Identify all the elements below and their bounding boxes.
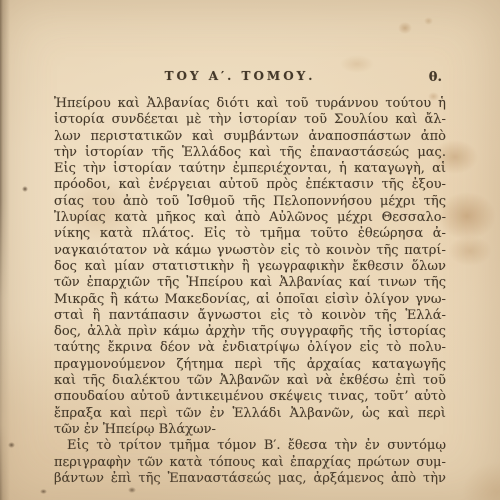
word: ἡ [438,96,446,112]
word: νὰ [153,243,170,259]
word: δος, [54,324,81,340]
word: συντόμῳ [387,438,446,454]
word: παντάπασιν [109,308,189,324]
word: Ἀλβανῶν, [290,406,354,422]
word: ἐπὶ [111,471,132,487]
page-header: ΤΟΥ Α′. ΤΟΜΟΥ. θ. [0,69,500,87]
word: Σουλίου [334,112,388,128]
page-number: θ. [429,70,442,85]
word: Ἠπείρου [186,275,243,291]
word: καὶ [85,259,107,275]
word: καὶ [257,96,279,112]
word: ὁποῖαι [276,292,319,308]
word: ἀπὸ [421,129,446,145]
word: ἱστορίας [388,324,446,340]
word: ἐν [365,438,380,454]
book-page-scan: ΤΟΥ Α′. ΤΟΜΟΥ. θ. ἨπείρουκαὶἈλβανίαςδιότ… [0,0,500,500]
word: τῶν [176,406,202,422]
word: τὸ [96,438,111,454]
word: ἐπέκτασιν [306,177,374,193]
word: κατὰ [100,226,133,242]
text-line: σπουδαίουαὐτοῦἀντικειμένουσκέψειςτινας,τ… [54,389,446,405]
word: αἱ [432,161,446,177]
word: πραγμονούμενον [54,357,165,373]
word: τῶν [54,275,80,291]
word: ἢ [92,308,100,324]
word: τῆς [382,177,404,193]
text-line: περιγραφὴντῶνκατὰτόπουςκαὶἐπαρχίαςπρώτων… [54,455,446,471]
word: Ἑλλά- [405,308,446,324]
body-text: ἨπείρουκαὶἈλβανίαςδιότικαὶτοῦτυράννουτού… [54,96,446,487]
word: πλάτος. [142,226,194,242]
word: ἡ [339,161,347,177]
word: αὐτοῦ [130,389,170,405]
word: εἰσὶν [325,292,359,308]
word: τρίτον [119,438,162,454]
word: τῆς [252,324,274,340]
word: τῶν [137,455,163,471]
word: ἢ [110,292,118,308]
word: ταύτης [54,340,100,356]
word: Μικρᾶς [54,292,104,308]
word: πολυ- [409,340,446,356]
word: τῆς [273,357,295,373]
text-line: σίαςτουἀπὸτοῦἸσθμοῦτῆςΠελοποννήσουμέχριτ… [54,194,446,210]
word: αἱ [256,292,270,308]
word: τὸ [386,340,401,356]
word: ἀντικειμένου [176,389,264,405]
word: τοῦ [304,112,327,128]
word: Ἑλλάδος [182,145,241,161]
word: μέχρι [337,210,373,226]
word: κάμω [175,243,211,259]
word: αὐτὸ [414,389,446,405]
word: κοινὸν [326,243,371,259]
word: ἐν [210,406,225,422]
text-line: βάντωνἐπὶτῆςἘπαναστάσεώςμας,ἀρξάμενοςἀπὸ… [54,471,446,487]
word: τόπους [209,455,256,471]
word: ναγκαιότατον [54,243,147,259]
word: ἔκρινα [108,340,153,356]
word: δέον [160,340,190,356]
word: καὶ [395,112,417,128]
word: Ἑλλάδι [232,406,281,422]
text-line: ταύτηςἔκριναδέοννὰἐνδιατρίψωὀλίγονεἰςτὸπ… [54,340,446,356]
word: συμβάντων [224,129,299,145]
text-line: τῶν ἐν Ἠπείρῳ Βλάχων- [54,422,446,438]
text-line: λωνπεριστατικῶνκαὶσυμβάντωνἀναποσπάστωνἀ… [54,129,446,145]
word: καταγωγὴ, [354,161,425,177]
word: λων [54,129,81,145]
word: τόμον [217,438,256,454]
word: τοῦ [156,194,179,210]
word: τμῆμα [169,438,210,454]
word: Ἰλυρίας [54,210,106,226]
word: Ἠπείρου [54,96,111,112]
word: πρόοδοι, [54,177,111,193]
word: γνω- [415,292,446,308]
word: μας. [417,145,446,161]
word: Αὐλῶνος [269,210,328,226]
word: ταύτην [179,161,226,177]
word: καὶ [249,145,271,161]
word: καὶ [54,373,76,389]
text-line: δοςκαὶμίανστατιστικὴνἢγεωγραφικὴνἔκθεσιν… [54,259,446,275]
word: κατὰ [114,210,147,226]
word: διαλέκτου [112,373,180,389]
word: πρὸς [266,177,297,193]
word: ἢ [242,259,250,275]
word: Εἰς [67,438,89,454]
word: σταὶ [54,308,84,324]
word: καταγωγῆς [372,357,446,373]
word: τῆς [376,243,398,259]
word: τὴν [423,471,446,487]
text-line: καὶτῆςδιαλέκτουτῶνἈλβανῶνκαὶνὰἐκθέσωἐπὶτ… [54,373,446,389]
word: τυράννου [315,96,378,112]
word: τοῦτ’ [374,389,408,405]
word: Εἰς [204,226,226,242]
text-line: δος,ἀλλὰπρὶνκάμωἀρχὴντῆςσυγγραφῆςτῆςἱστο… [54,324,446,340]
word: Εἰς [54,161,76,177]
word: συγγραφῆς [280,324,353,340]
word: ἀπὸ [391,471,416,487]
word: τὸ [305,243,320,259]
word: νὰ [198,340,215,356]
text-line: ΜικρᾶςἢκάτωΜακεδονίας,αἱὁποῖαιεἰσὶνὀλίγο… [54,292,446,308]
word: τῆς [360,324,382,340]
word: νὰ [316,373,333,389]
word: ὡς [362,406,380,422]
word: ζήτημα [176,357,223,373]
word: Ἐπαναστάσεώς [168,471,271,487]
word: μας, [278,471,307,487]
word: κατὰ [169,455,202,471]
word: τὸ [298,308,313,324]
word: ἀπὸ [123,194,148,210]
word: πατρί- [404,243,446,259]
word: καὶ [287,373,309,389]
word: Ἀλβανίας [279,275,342,291]
word: του [92,194,115,210]
word: Μακεδονίας, [164,292,250,308]
word: κοινὸν [321,308,366,324]
word: ἐθεώρησα [358,226,423,242]
word: ἀναποσπάστων [308,129,411,145]
text-line: νίκηςκατὰπλάτος.Εἰςτὸτμῆματοῦτοἐθεώρησαἀ… [54,226,446,242]
word: κάμω [163,324,199,340]
word: τούτου [385,96,431,112]
word: ἀπὸ [235,210,260,226]
word: καὶ [118,96,140,112]
word: συνδέεται [112,112,179,128]
word: ἔθεσα [288,438,327,454]
word: τῆς [83,373,105,389]
text-line: σταὶἢπαντάπασινἄγνωστοιεἰςτὸκοινὸντῆςἙλλ… [54,308,446,324]
word: ἀλλὰ [87,324,121,340]
word: ἱστορίαν [239,112,297,128]
word: σίας [54,194,84,210]
word: περιστατικῶν [90,129,182,145]
word: ἀρξάμενος [313,471,384,487]
word: ἱστορία [54,112,105,128]
text-line: ἔπραξακαὶπερὶτῶνἐνἙλλάδιἈλβανῶν,ὡςκαὶπερ… [54,406,446,422]
word: περιγραφὴν [54,455,131,471]
word: ἐπαρχιῶν [87,275,150,291]
word: μέχρι [380,194,416,210]
word: διότι [217,96,250,112]
word: ἀ- [433,226,446,242]
word: γεωγραφικὴν [257,259,344,275]
word: τμῆμα [260,226,301,242]
word: τῆς [157,275,179,291]
word: Ἰσθμοῦ [187,194,235,210]
word: καὶ [388,406,410,422]
text-line: τὴνἱστορίαντῆςἙλλάδοςκαὶτῆςἐπαναστάσεώςμ… [54,145,446,161]
word: ἐνδιατρίψω [222,340,299,356]
word: εἰς [360,340,379,356]
word: ἱστορίαν [113,161,171,177]
word: τῆς [424,275,446,291]
word: ἐμπεριέχονται, [233,161,332,177]
word: ἐξου- [412,177,446,193]
word: τῆς [138,471,160,487]
text-line: Εἰςτὴνἱστορίανταύτηνἐμπεριέχονται,ἡκαταγ… [54,161,446,177]
word: καὶ [119,177,141,193]
word: βάντων [54,471,104,487]
word: περὶ [140,406,168,422]
text-line: πρόοδοι,καὶἐνέργειαιαὐτοῦπρὸςἐπέκτασιντῆ… [54,177,446,193]
word: ἐκθέσω [339,373,388,389]
word: ὅλων [411,259,446,275]
word: τὸ [235,226,250,242]
word: γνωστὸν [217,243,275,259]
word: ἔπραξα [54,406,102,422]
word: ἄλ- [425,112,446,128]
text-line: ἸλυρίαςκατὰμῆκοςκαὶἀπὸΑὐλῶνοςμέχριΘεσσαλ… [54,210,446,226]
word: τὴν [83,161,106,177]
word: τὴν [335,438,358,454]
word: νίκης [54,226,90,242]
word: περὶ [234,357,262,373]
text-line: ἱστορίασυνδέεταιμὲτὴνἱστορίαντοῦΣουλίουκ… [54,112,446,128]
word: ἐνέργειαι [148,177,211,193]
word: σκέψεις [269,389,322,405]
word: τοῦ [423,373,446,389]
word: στατιστικὴν [152,259,234,275]
word: ἔκθεσιν [352,259,404,275]
word: τῆς [243,194,265,210]
word: καὶ [192,129,214,145]
word: Ἀλβανῶν [219,373,279,389]
word: εἰς [270,308,289,324]
text-line: ΕἰςτὸτρίτοντμῆματόμονΒ′.ἔθεσατὴνἐνσυντόμ… [54,438,446,454]
word: ὀλίγον [365,292,410,308]
word: καί [349,275,371,291]
text-line: πραγμονούμενονζήτημαπερὶτῆςἀρχαίαςκαταγω… [54,357,446,373]
word: Ἀλβανίας [147,96,210,112]
word: καὶ [110,406,132,422]
word: ἐπαρχίας [290,455,351,471]
word: μίαν [114,259,144,275]
word: ἀρχὴν [205,324,245,340]
word: αὐτοῦ [219,177,259,193]
word: τὴν [54,145,77,161]
word: ἐπαναστάσεώς [310,145,409,161]
word: ἄγνωστοι [198,308,262,324]
word: περὶ [418,406,446,422]
word: Θεσσαλο- [382,210,446,226]
text-line: ναγκαιότατοννὰκάμωγνωστὸνεἰςτὸκοινὸντῆςπ… [54,243,446,259]
word: τῆς [375,308,397,324]
running-title: ΤΟΥ Α′. ΤΟΜΟΥ. [0,69,480,83]
word: τινων [378,275,417,291]
word: εἰς [281,243,300,259]
word: πρώτων [357,455,409,471]
word: Β′. [264,438,281,454]
word: ἀρχαίας [307,357,361,373]
word: Πελοποννήσου [273,194,372,210]
word: κάτω [124,292,159,308]
word: τῆς [279,145,301,161]
word: μῆκος [156,210,195,226]
word: ἐπὶ [395,373,416,389]
word: καὶ [250,275,272,291]
text-line: τῶνἐπαρχιῶντῆςἨπείρουκαὶἈλβανίαςκαίτινων… [54,275,446,291]
word: ὀλίγον [307,340,352,356]
word: τῶν [187,373,213,389]
word: τῆς [152,145,174,161]
word: δος [54,259,77,275]
text-line: ἨπείρουκαὶἈλβανίαςδιότικαὶτοῦτυράννουτού… [54,96,446,112]
word: μὲ [186,112,201,128]
word: τοῦτο [310,226,348,242]
word: καὶ [262,455,284,471]
word: τῆς [424,194,446,210]
word: ἱστορίαν [85,145,143,161]
word: σπουδαίου [54,389,125,405]
word: τὴν [208,112,231,128]
word: συμ- [416,455,446,471]
word: πρὶν [128,324,157,340]
word: τοῦ [285,96,308,112]
word: τινας, [328,389,368,405]
word: καὶ [204,210,226,226]
